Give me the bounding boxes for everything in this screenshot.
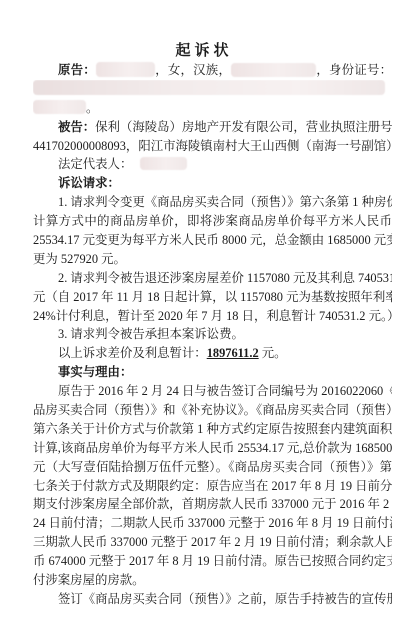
plaintiff-line-2 [33, 80, 392, 99]
fact-line: 七条关于付款方式及期限约定：原告应当在 2017 年 8 月 19 日前分 4 [33, 477, 392, 496]
claim-total-amount: 1897611.2 [207, 346, 259, 360]
fact-line: 原告于 2016 年 2 月 24 日与被告签订合同编号为 2016022060… [33, 382, 392, 401]
plaintiff-label: 原告： [58, 63, 96, 77]
claim-line: 3. 请求判令被告承担本案诉讼费。 [33, 325, 392, 344]
fact-line: 期支付涉案房屋全部价款，首期房款人民币 337000 元于 2016 年 2 月 [33, 495, 392, 514]
document-body: 原告：，女，汉族，，身份证号： 。 被告：保利（海陵岛）房地产开发有限公司，营业… [33, 61, 392, 609]
claim-line: 计算方式中的商品房单价，即将涉案商品房单价每平方米人民币 [33, 212, 392, 231]
claims-section: 1. 请求判令变更《商品房买卖合同（预售）》第六条第 1 种房价计算方式中的商品… [33, 193, 392, 344]
claim-line: 25534.17 元变更为每平方米人民币 8000 元，总金额由 1685000… [33, 231, 392, 250]
fact-line: 签订《商品房买卖合同（预售）》之前，原告手持被告的宣传册 [33, 590, 392, 609]
redaction-plaintiff-id-tail [33, 100, 86, 114]
redaction-plaintiff-address [231, 63, 316, 77]
redaction-legal-representative-name [140, 157, 187, 170]
redaction-plaintiff-id-number [33, 80, 385, 95]
fact-line: 币 674000 元整于 2017 年 8 月 19 日前付清。原告已按照合同约… [33, 552, 392, 571]
fact-line: 付涉案房屋的房款。 [33, 571, 392, 590]
plaintiff-sentence-end: 。 [86, 101, 98, 115]
defendant-label: 被告： [58, 120, 95, 134]
defendant-line-1: 被告：保利（海陵岛）房地产开发有限公司，营业执照注册号： [33, 118, 392, 137]
total-claim-prefix: 以上诉求差价及利息暂计： [58, 346, 207, 360]
defendant-company-info: 保利（海陵岛）房地产开发有限公司，营业执照注册号： [95, 120, 392, 134]
total-claim-suffix: 元。 [259, 346, 287, 360]
claim-line: 1. 请求判令变更《商品房买卖合同（预售）》第六条第 1 种房价 [33, 193, 392, 212]
claim-line: 24%计付利息，暂计至 2020 年 7 月 18 日，利息暂计 740531.… [33, 307, 392, 326]
fact-line: 第六条关于计价方式与价款第 1 种方式约定原告按照套内建筑面积 [33, 420, 392, 439]
defendant-registration-address: 441702000008093，阳江市海陵镇南村大王山西侧（南海一号副馆）。 [33, 139, 392, 153]
claim-line: 更为 527920 元。 [33, 250, 392, 269]
claims-heading: 诉讼请求： [33, 174, 392, 193]
complaint-document-page: 起诉状 原告：，女，汉族，，身份证号： 。 被告：保利（海陵岛）房地产开发有限公… [0, 0, 408, 623]
claim-line: 元（自 2017 年 11 月 18 日起计算，以 1157080 元为基数按照… [33, 288, 392, 307]
legal-representative-line: 法定代表人： [33, 155, 392, 174]
plaintiff-gender-ethnicity: ，女，汉族， [155, 63, 231, 77]
fact-line: 计算,该商品房单价为每平方米人民币 25534.17 元,总价款为 168500… [33, 439, 392, 458]
fact-line: 三期款人民币 337000 元整于 2017 年 2 月 19 日前付清；剩余款… [33, 533, 392, 552]
redaction-plaintiff-name [96, 62, 155, 77]
fact-line: 24 日前付清；二期款人民币 337000 元整于 2016 年 8 月 19 … [33, 514, 392, 533]
plaintiff-line-3: 。 [33, 99, 392, 118]
plaintiff-id-label: ，身份证号： [316, 63, 392, 77]
total-claim-line: 以上诉求差价及利息暂计：1897611.2 元。 [33, 344, 392, 363]
facts-section: 原告于 2016 年 2 月 24 日与被告签订合同编号为 2016022060… [33, 382, 392, 609]
fact-line: 元（大写壹佰陆拾捌万伍仟元整）。《商品房买卖合同（预售）》第 [33, 458, 392, 477]
facts-heading: 事实与理由： [33, 363, 392, 382]
legal-representative-label: 法定代表人： [58, 157, 132, 171]
defendant-line-2: 441702000008093，阳江市海陵镇南村大王山西侧（南海一号副馆）。 [33, 137, 392, 156]
document-title: 起诉状 [0, 42, 408, 61]
fact-line: 品房买卖合同（预售）》和《补充协议》。《商品房买卖合同（预售）》 [33, 401, 392, 420]
plaintiff-line-1: 原告：，女，汉族，，身份证号： [33, 61, 392, 80]
claim-line: 2. 请求判令被告退还涉案房屋差价 1157080 元及其利息 740531.2 [33, 269, 392, 288]
